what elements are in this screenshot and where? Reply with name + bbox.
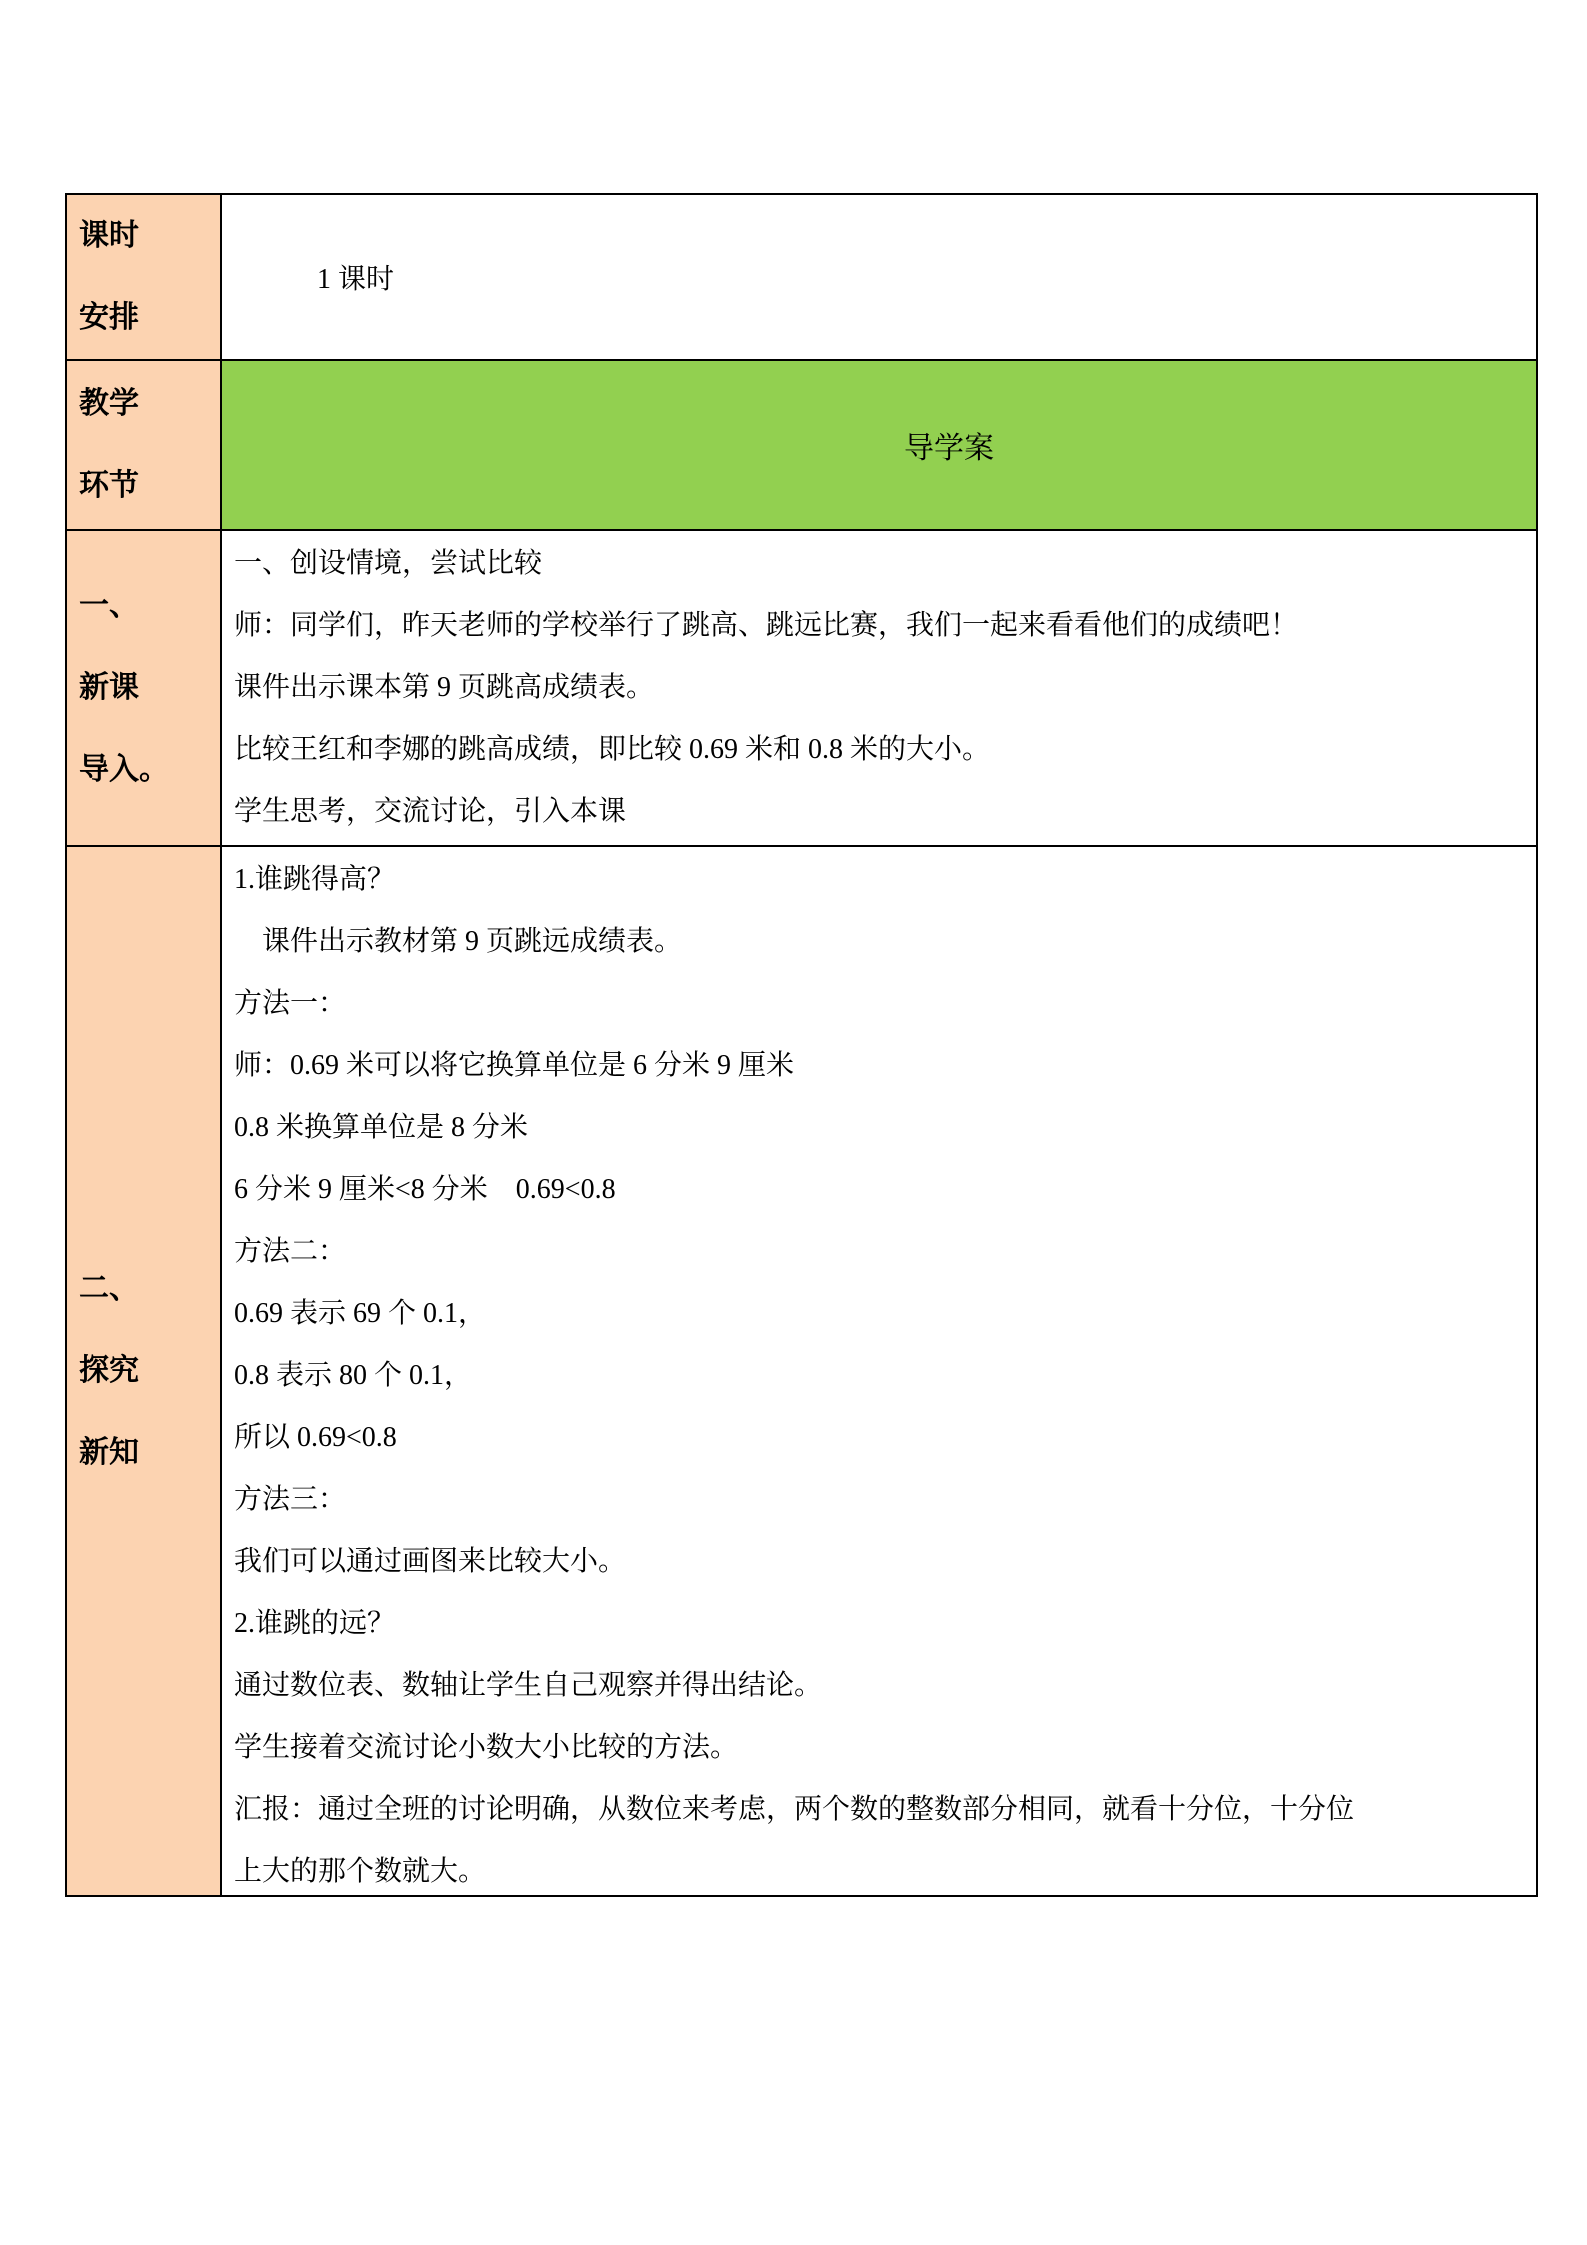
- text-line: 一、创设情境，尝试比较: [234, 533, 1522, 595]
- text-line: 0.8 表示 80 个 0.1，: [234, 1345, 1522, 1407]
- text-line: 学生接着交流讨论小数大小比较的方法。: [234, 1717, 1522, 1779]
- text-line: 学生思考，交流讨论，引入本课: [234, 781, 1522, 843]
- stage-title: 导学案: [764, 423, 994, 467]
- text-line: 师：同学们，昨天老师的学校举行了跳高、跳远比赛，我们一起来看看他们的成绩吧！: [234, 595, 1522, 657]
- header-line: 新课: [79, 647, 220, 729]
- text-line: 方法一：: [234, 973, 1522, 1035]
- text-line: 课件出示课本第 9 页跳高成绩表。: [234, 657, 1522, 719]
- lesson-plan-table: 课时 安排 1 课时 教学 环节 导学案 一、 新课 导入。: [65, 193, 1538, 1897]
- text-line: 6 分米 9 厘米<8 分米 0.69<0.8: [234, 1159, 1522, 1221]
- intro-content-cell: 一、创设情境，尝试比较 师：同学们，昨天老师的学校举行了跳高、跳远比赛，我们一起…: [222, 531, 1536, 845]
- schedule-value-cell: 1 课时: [222, 195, 1536, 359]
- text-line: 所以 0.69<0.8: [234, 1407, 1522, 1469]
- text-line: 课件出示教材第 9 页跳远成绩表。: [234, 911, 1522, 973]
- header-line: 课时: [79, 195, 220, 277]
- text-line: 通过数位表、数轴让学生自己观察并得出结论。: [234, 1655, 1522, 1717]
- text-line: 师：0.69 米可以将它换算单位是 6 分米 9 厘米: [234, 1035, 1522, 1097]
- header-line: 安排: [79, 277, 220, 359]
- document-page: 课时 安排 1 课时 教学 环节 导学案 一、 新课 导入。: [0, 0, 1587, 2245]
- table-row-explore: 二、 探究 新知 1.谁跳得高？ 课件出示教材第 9 页跳远成绩表。 方法一： …: [67, 845, 1536, 1895]
- text-line: 方法三：: [234, 1469, 1522, 1531]
- schedule-value: 1 课时: [317, 257, 394, 297]
- text-line: 方法二：: [234, 1221, 1522, 1283]
- text-line: 0.8 米换算单位是 8 分米: [234, 1097, 1522, 1159]
- text-line: 2.谁跳的远？: [234, 1593, 1522, 1655]
- row-header-stage: 教学 环节: [67, 361, 222, 529]
- header-line: 导入。: [79, 729, 220, 811]
- text-line: 我们可以通过画图来比较大小。: [234, 1531, 1522, 1593]
- header-line: 教学: [79, 363, 220, 445]
- header-line: 环节: [79, 445, 220, 527]
- stage-highlight-cell: 导学案: [222, 361, 1536, 529]
- table-row-schedule: 课时 安排 1 课时: [67, 195, 1536, 359]
- row-header-schedule: 课时 安排: [67, 195, 222, 359]
- text-line: 0.69 表示 69 个 0.1，: [234, 1283, 1522, 1345]
- row-header-explore: 二、 探究 新知: [67, 847, 222, 1895]
- text-line: 1.谁跳得高？: [234, 849, 1522, 911]
- header-line: 探究: [79, 1330, 220, 1412]
- row-header-intro: 一、 新课 导入。: [67, 531, 222, 845]
- header-line: 二、: [79, 1248, 220, 1330]
- table-row-stage: 教学 环节 导学案: [67, 359, 1536, 529]
- explore-content-cell: 1.谁跳得高？ 课件出示教材第 9 页跳远成绩表。 方法一： 师：0.69 米可…: [222, 847, 1536, 1895]
- text-line: 比较王红和李娜的跳高成绩，即比较 0.69 米和 0.8 米的大小。: [234, 719, 1522, 781]
- table-row-intro: 一、 新课 导入。 一、创设情境，尝试比较 师：同学们，昨天老师的学校举行了跳高…: [67, 529, 1536, 845]
- text-line: 上大的那个数就大。: [234, 1841, 1522, 1903]
- header-line: 一、: [79, 565, 220, 647]
- header-line: 新知: [79, 1412, 220, 1494]
- text-line: 汇报：通过全班的讨论明确，从数位来考虑，两个数的整数部分相同，就看十分位，十分位: [234, 1779, 1522, 1841]
